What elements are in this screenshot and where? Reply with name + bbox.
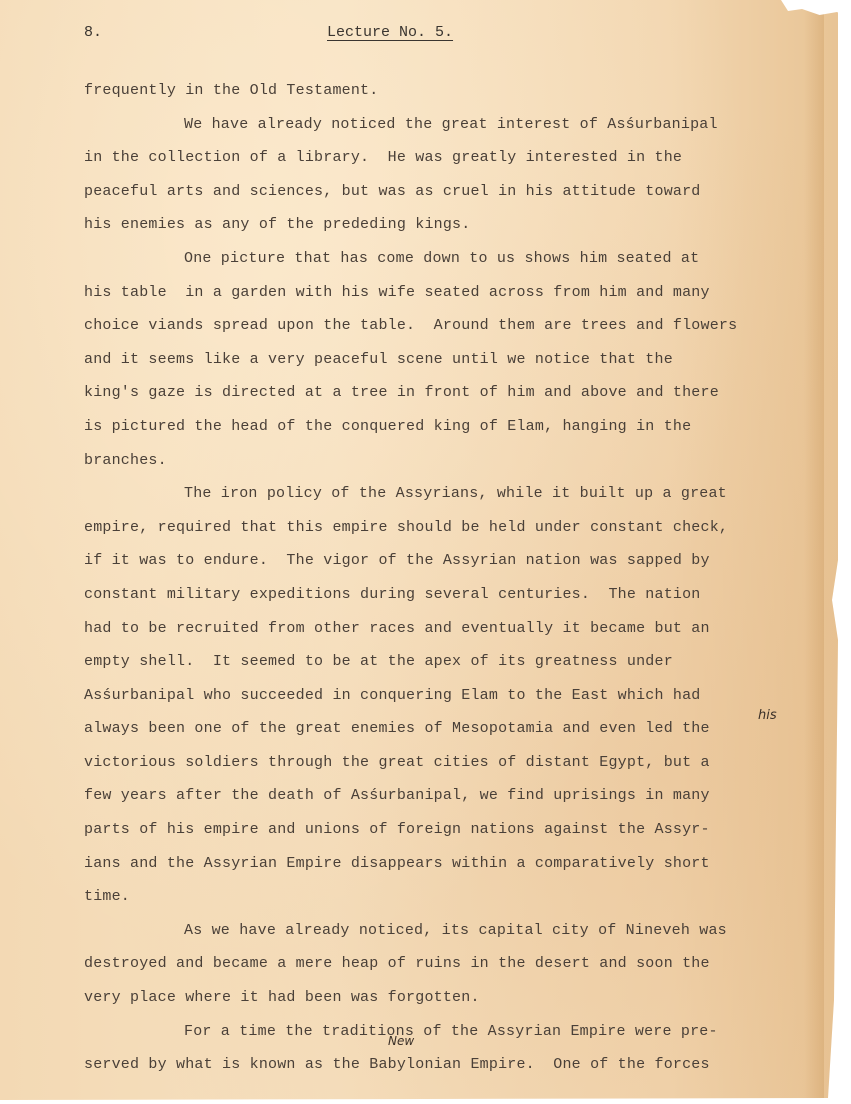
text-line: if it was to endure. The vigor of the As… (84, 544, 804, 578)
text-line: very place where it had been was forgott… (84, 981, 804, 1015)
text-line: in the collection of a library. He was g… (84, 141, 804, 175)
text-line: empty shell. It seemed to be at the apex… (84, 645, 804, 679)
text-line: had to be recruited from other races and… (84, 612, 804, 646)
body-text: frequently in the Old Testament.We have … (84, 74, 804, 1082)
text-line: peaceful arts and sciences, but was as c… (84, 175, 804, 209)
text-line: ians and the Assyrian Empire disappears … (84, 847, 804, 881)
page-header: 8. Lecture No. 5. (0, 24, 838, 48)
text-line: his table in a garden with his wife seat… (84, 276, 804, 310)
text-line: few years after the death of Asśurbanipa… (84, 779, 804, 813)
text-line: empire, required that this empire should… (84, 511, 804, 545)
handwritten-annotation-his: his (758, 708, 777, 723)
document-page: 8. Lecture No. 5. frequently in the Old … (0, 0, 838, 1100)
handwritten-annotation-new: New (388, 1034, 414, 1048)
text-line: king's gaze is directed at a tree in fro… (84, 376, 804, 410)
lecture-title: Lecture No. 5. (327, 24, 453, 41)
text-line: destroyed and became a mere heap of ruin… (84, 947, 804, 981)
text-line: is pictured the head of the conquered ki… (84, 410, 804, 444)
text-line: frequently in the Old Testament. (84, 74, 804, 108)
text-line: and it seems like a very peaceful scene … (84, 343, 804, 377)
text-line: choice viands spread upon the table. Aro… (84, 309, 804, 343)
text-line: One picture that has come down to us sho… (84, 242, 804, 276)
page-number: 8. (84, 24, 102, 41)
text-line: parts of his empire and unions of foreig… (84, 813, 804, 847)
text-line: For a time the traditions of the Assyria… (84, 1015, 804, 1049)
text-line: As we have already noticed, its capital … (84, 914, 804, 948)
text-line: Asśurbanipal who succeeded in conquering… (84, 679, 804, 713)
edge-stain (804, 0, 824, 1100)
text-line: We have already noticed the great intere… (84, 108, 804, 142)
text-line: served by what is known as the Babylonia… (84, 1048, 804, 1082)
text-line: The iron policy of the Assyrians, while … (84, 477, 804, 511)
text-line: time. (84, 880, 804, 914)
text-line: always been one of the great enemies of … (84, 712, 804, 746)
text-line: constant military expeditions during sev… (84, 578, 804, 612)
text-line: victorious soldiers through the great ci… (84, 746, 804, 780)
text-line: branches. (84, 444, 804, 478)
text-line: his enemies as any of the prededing king… (84, 208, 804, 242)
